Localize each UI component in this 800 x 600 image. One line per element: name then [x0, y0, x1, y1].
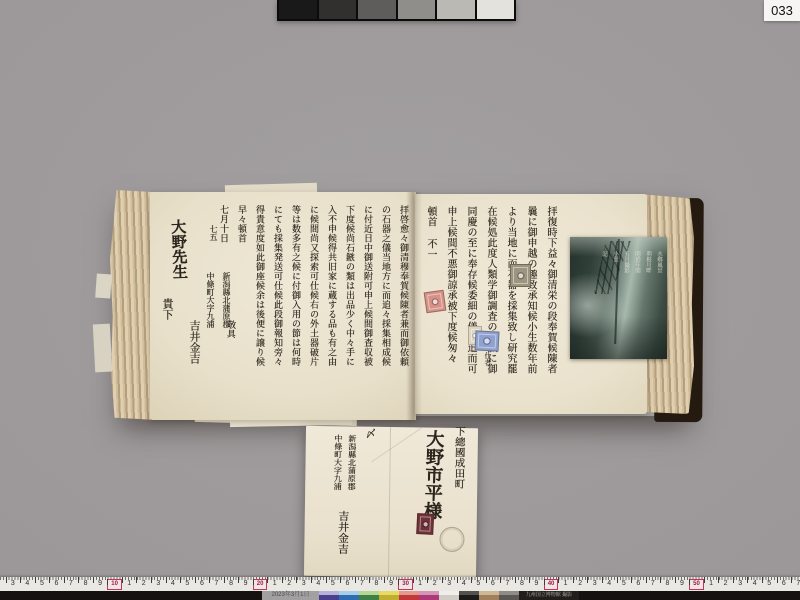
- ruler-tick-label: 9: [238, 577, 253, 591]
- ruler-tick-label: 2: [282, 577, 297, 591]
- ruler-tick-label: 7: [355, 577, 370, 591]
- calligraphy-column: 得貴意度如此御座候余は後便に譲り候: [253, 205, 266, 409]
- envelope-flap-line: [371, 428, 421, 463]
- photo-annotation: 明治年間: [633, 251, 641, 351]
- ruler-tick-label: 7: [500, 577, 515, 591]
- postage-stamp-blue: [474, 330, 499, 351]
- color-patch: [459, 591, 479, 600]
- ruler-tick-label: 2: [427, 577, 442, 591]
- ruler-tick-label: 2: [718, 577, 733, 591]
- honorific-text: 貴下: [159, 298, 175, 320]
- ruler-tick-label: 7: [64, 577, 79, 591]
- ruler-tick-label: 5: [471, 577, 486, 591]
- color-patch: [359, 591, 379, 600]
- postmark-circle: [439, 527, 464, 552]
- ruler-tick-label: 4: [20, 577, 35, 591]
- salutation-text: 大野先生: [168, 219, 191, 280]
- ruler-tick-label: 1: [704, 577, 719, 591]
- ruler-tick-label: 6: [486, 577, 501, 591]
- calligraphy-column: より当地に而石器を採集致し研究罷: [503, 206, 518, 404]
- grayscale-calibration-bar: [277, 0, 516, 21]
- ruler-tick-label: 3: [442, 577, 457, 591]
- grayscale-patch: [477, 0, 515, 19]
- ruler-tick-label: 3: [587, 577, 602, 591]
- color-patch: [399, 591, 419, 600]
- ruler-tick-label: 50: [689, 579, 704, 590]
- postage-stamp-gray: [510, 264, 531, 287]
- photo-annotation: 小景: [611, 251, 619, 351]
- backdrop: 033 拝啓愈々御清穆奉賀候陳者兼而御依頼の石器之儀当地方に而追々採集相成候に付…: [0, 0, 800, 600]
- calligraphy-column: 早々頓首: [235, 205, 248, 409]
- photo-annotation: 記: [600, 251, 608, 351]
- calligraphy-column: 下度候尚石鏃の類は出品少く中々手に: [343, 205, 356, 409]
- calligraphy-column: 等は数多有之候に付御入用の節は何時: [289, 205, 302, 409]
- ruler-tick-label: 10: [107, 579, 122, 590]
- ruler-tick-label: 20: [253, 579, 268, 590]
- calligraphy-column: にても採集発送可仕候此段御報知旁々: [271, 205, 284, 409]
- ruler-tick-label: 30: [398, 579, 413, 590]
- album-right-page: 拝復時下益々御清栄の段奉賀候陳者曩に御申越の趣致承知候小生数年前より当地に而石器…: [415, 194, 647, 414]
- color-patch: [419, 591, 439, 600]
- photo-annotation: 利根川畔: [644, 251, 652, 351]
- ruler-tick-label: 9: [675, 577, 690, 591]
- ruler-tick-label: 6: [49, 577, 64, 591]
- color-calibration-bar: [319, 591, 519, 600]
- ruler-tick-label: 4: [457, 577, 472, 591]
- photo-annotation: 五月撮影: [622, 251, 630, 351]
- photo-id-label: 033: [764, 0, 800, 21]
- ruler-tick-label: 5: [35, 577, 50, 591]
- ruler-scale: 2345678910123456789201234567893012345678…: [0, 577, 800, 591]
- ruler-tick-label: 5: [326, 577, 341, 591]
- envelope-region-text: 下總國成田町: [452, 426, 468, 489]
- grayscale-patch: [358, 0, 396, 19]
- capture-date-label: 2023年3月1日: [262, 591, 319, 600]
- color-patch: [339, 591, 359, 600]
- ruler-tick-label: 4: [747, 577, 762, 591]
- calligraphy-column: 曩に御申越の趣致承知候小生数年前: [523, 206, 538, 404]
- ruler-tick-label: 40: [544, 579, 559, 590]
- ruler-tick-label: 1: [267, 577, 282, 591]
- ruler-tick-label: 4: [166, 577, 181, 591]
- ruler-tick-label: 9: [93, 577, 108, 591]
- color-patch: [379, 591, 399, 600]
- ruler-tick-label: 6: [777, 577, 792, 591]
- ruler-tick-label: 5: [762, 577, 777, 591]
- ruler-tick-label: 3: [733, 577, 748, 591]
- signature-text: 吉井金吉: [186, 320, 202, 364]
- ruler-tick-label: 3: [151, 577, 166, 591]
- calligraphy-column: に候間尚又探索可仕候右の外土器破片: [307, 205, 320, 409]
- color-patch: [439, 591, 459, 600]
- ruler-tick-label: 6: [195, 577, 210, 591]
- ruler-tick-label: 2: [573, 577, 588, 591]
- ruler-tick-label: 6: [631, 577, 646, 591]
- calligraphy-column: の石器之儀当地方に而追々採集相成候: [379, 205, 392, 409]
- color-patch: [479, 591, 499, 600]
- calligraphy-column: 拝復時下益々御清栄の段奉賀候陳者: [543, 206, 558, 404]
- ruler-tick-label: 4: [602, 577, 617, 591]
- color-patch: [319, 591, 339, 600]
- photo-annotation-columns: 水郷風景利根川畔明治年間五月撮影小景記: [597, 251, 663, 351]
- ruler-tick-label: 6: [340, 577, 355, 591]
- letter-text-columns: 拝啓愈々御清穆奉賀候陳者兼而御依頼の石器之儀当地方に而追々採集相成候に付近日中御…: [212, 205, 410, 409]
- ruler-tick-label: 7: [209, 577, 224, 591]
- envelope-seal-mark: 〆: [362, 428, 378, 439]
- ruler-tick-label: 1: [558, 577, 573, 591]
- ruler-tick-label: 1: [122, 577, 137, 591]
- grayscale-patch: [437, 0, 475, 19]
- ruler-tick-label: 5: [180, 577, 195, 591]
- paper-scrap-left-2: [93, 324, 112, 373]
- envelope-sender-name: 吉井金吉: [334, 510, 351, 554]
- postage-stamp-maroon: [416, 513, 434, 535]
- margin-note: 仕者: [483, 352, 493, 366]
- photo-album: 拝啓愈々御清穆奉賀候陳者兼而御依頼の石器之儀当地方に而追々採集相成候に付近日中御…: [110, 182, 702, 430]
- pasted-photograph: 水郷風景利根川畔明治年間五月撮影小景記: [570, 237, 667, 359]
- postage-stamp-red: [424, 290, 447, 314]
- ruler-tick-label: 5: [617, 577, 632, 591]
- address-column: 中條町大字九浦: [205, 272, 216, 372]
- table-edge-strip: 2023年3月1日 九州国立博物館 撮影: [0, 591, 800, 600]
- closing-text: 敬具: [224, 320, 238, 339]
- grayscale-patch: [398, 0, 436, 19]
- measurement-ruler: 2345678910123456789201234567893012345678…: [0, 577, 800, 591]
- ruler-tick-label: 8: [369, 577, 384, 591]
- ruler-tick-label: 3: [296, 577, 311, 591]
- ruler-tick-label: 7: [646, 577, 661, 591]
- ruler-tick-label: 2: [136, 577, 151, 591]
- calligraphy-column: 在候処此度人類学御調査の由誠に御: [483, 206, 498, 404]
- calligraphy-column: 同慶の至に奉存候委細の儀は追而可: [463, 206, 478, 404]
- ruler-tick-label: 8: [224, 577, 239, 591]
- envelope: 下總國成田町 大野市平様 〆 新潟縣北蒲原郡中條町大字九浦 吉井金吉: [304, 426, 478, 578]
- ruler-tick-label: 9: [529, 577, 544, 591]
- color-patch: [499, 591, 519, 600]
- album-left-page: 拝啓愈々御清穆奉賀候陳者兼而御依頼の石器之儀当地方に而追々採集相成候に付近日中御…: [150, 192, 416, 420]
- ruler-tick-label: 8: [660, 577, 675, 591]
- calligraphy-column: 入不申候得共旧家に蔵する品も有之由: [325, 205, 338, 409]
- museum-credit-label: 九州国立博物館 撮影: [519, 591, 579, 600]
- paper-scrap-left: [95, 274, 112, 299]
- page-number-mark: 七五: [208, 225, 219, 241]
- photo-annotation: 水郷風景: [655, 251, 663, 351]
- ruler-tick-label: 4: [311, 577, 326, 591]
- book-gutter: [406, 192, 422, 420]
- envelope-addressee-text: 大野市平様: [418, 429, 447, 520]
- ruler-tick-label: 1: [413, 577, 428, 591]
- ruler-tick-label: 7: [791, 577, 800, 591]
- ruler-tick-label: 8: [78, 577, 93, 591]
- ruler-tick-label: 3: [6, 577, 21, 591]
- calligraphy-column: に付近日中御送附可申上候間御査収被: [361, 205, 374, 409]
- grayscale-patch: [279, 0, 317, 19]
- ruler-tick-label: 8: [515, 577, 530, 591]
- ruler-tick-label: 9: [384, 577, 399, 591]
- grayscale-patch: [319, 0, 357, 19]
